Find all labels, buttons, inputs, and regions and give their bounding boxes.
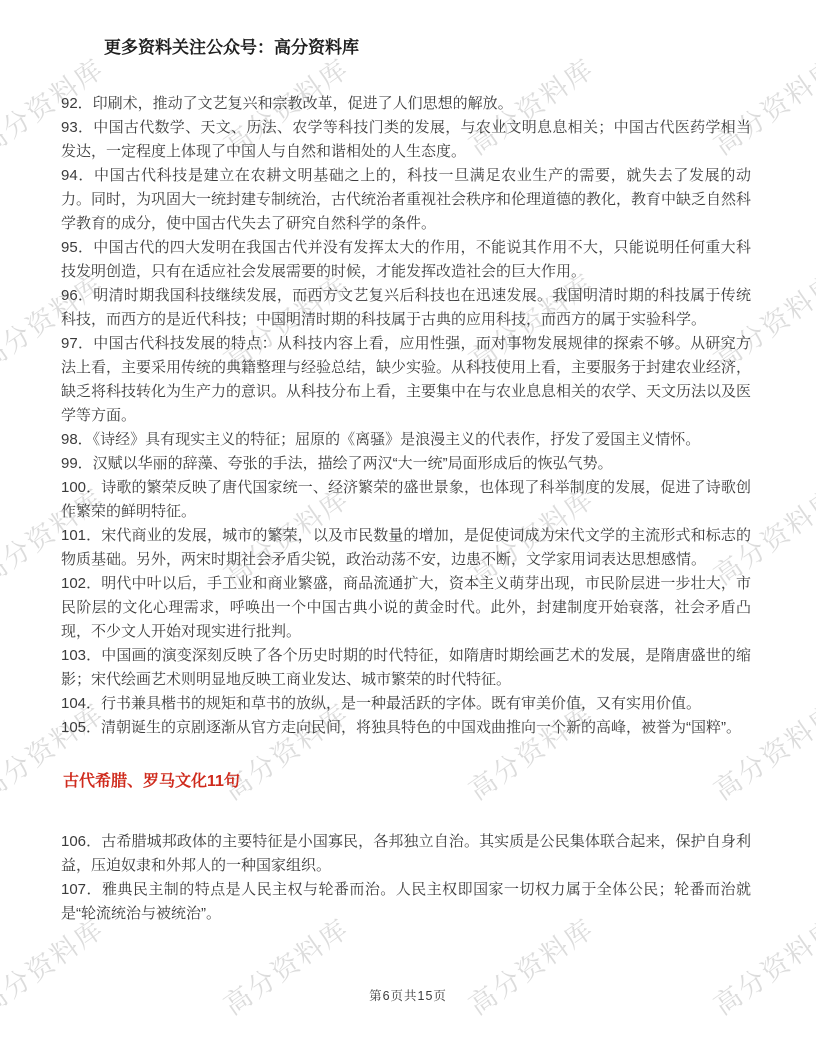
page-footer: 第6页共15页	[0, 986, 816, 1004]
study-item-100: 100．诗歌的繁荣反映了唐代国家统一、经济繁荣的盛世景象，也体现了科举制度的发展…	[61, 476, 751, 524]
study-item-104: 104．行书兼具楷书的规矩和草书的放纵，是一种最活跃的字体。既有审美价值，又有实…	[61, 692, 751, 716]
study-item-107: 107．雅典民主制的特点是人民主权与轮番而治。人民主权即国家一切权力属于全体公民…	[61, 878, 751, 926]
study-item-103: 103．中国画的演变深刻反映了各个历史时期的时代特征，如隋唐时期绘画艺术的发展，…	[61, 644, 751, 692]
study-item-97: 97．中国古代科技发展的特点：从科技内容上看，应用性强，而对事物发展规律的探索不…	[61, 332, 751, 428]
study-item-93: 93．中国古代数学、天文、历法、农学等科技门类的发展，与农业文明息息相关；中国古…	[61, 116, 751, 164]
study-item-98: 98．《诗经》具有现实主义的特征；屈原的《离骚》是浪漫主义的代表作，抒发了爱国主…	[61, 428, 751, 452]
study-item-102: 102．明代中叶以后，手工业和商业繁盛，商品流通扩大，资本主义萌芽出现，市民阶层…	[61, 572, 751, 644]
section-heading: 古代希腊、罗马文化11句	[63, 770, 751, 794]
study-item-99: 99．汉赋以华丽的辞藻、夸张的手法，描绘了两汉“大一统”局面形成后的恢弘气势。	[61, 452, 751, 476]
document-page: 高分资料库高分资料库高分资料库高分资料库高分资料库高分资料库高分资料库高分资料库…	[0, 0, 816, 1056]
page-number-label: 第6页共15页	[369, 989, 447, 1003]
study-item-101: 101．宋代商业的发展，城市的繁荣，以及市民数量的增加，是促使词成为宋代文学的主…	[61, 524, 751, 572]
study-item-92: 92．印刷术，推动了文艺复兴和宗教改革，促进了人们思想的解放。	[61, 92, 751, 116]
study-item-106: 106．古希腊城邦政体的主要特征是小国寡民，各邦独立自治。其实质是公民集体联合起…	[61, 830, 751, 878]
study-item-94: 94．中国古代科技是建立在农耕文明基础之上的，科技一旦满足农业生产的需要，就失去…	[61, 164, 751, 236]
study-item-95: 95．中国古代的四大发明在我国古代并没有发挥太大的作用，不能说其作用不大，只能说…	[61, 236, 751, 284]
document-body: 92．印刷术，推动了文艺复兴和宗教改革，促进了人们思想的解放。93．中国古代数学…	[61, 92, 751, 926]
study-item-105: 105．清朝诞生的京剧逐渐从官方走向民间，将独具特色的中国戏曲推向一个新的高峰，…	[61, 716, 751, 740]
header-title: 更多资料关注公众号：高分资料库	[104, 38, 359, 57]
page-header: 更多资料关注公众号：高分资料库	[104, 33, 359, 58]
study-item-96: 96．明清时期我国科技继续发展，而西方文艺复兴后科技也在迅速发展。我国明清时期的…	[61, 284, 751, 332]
